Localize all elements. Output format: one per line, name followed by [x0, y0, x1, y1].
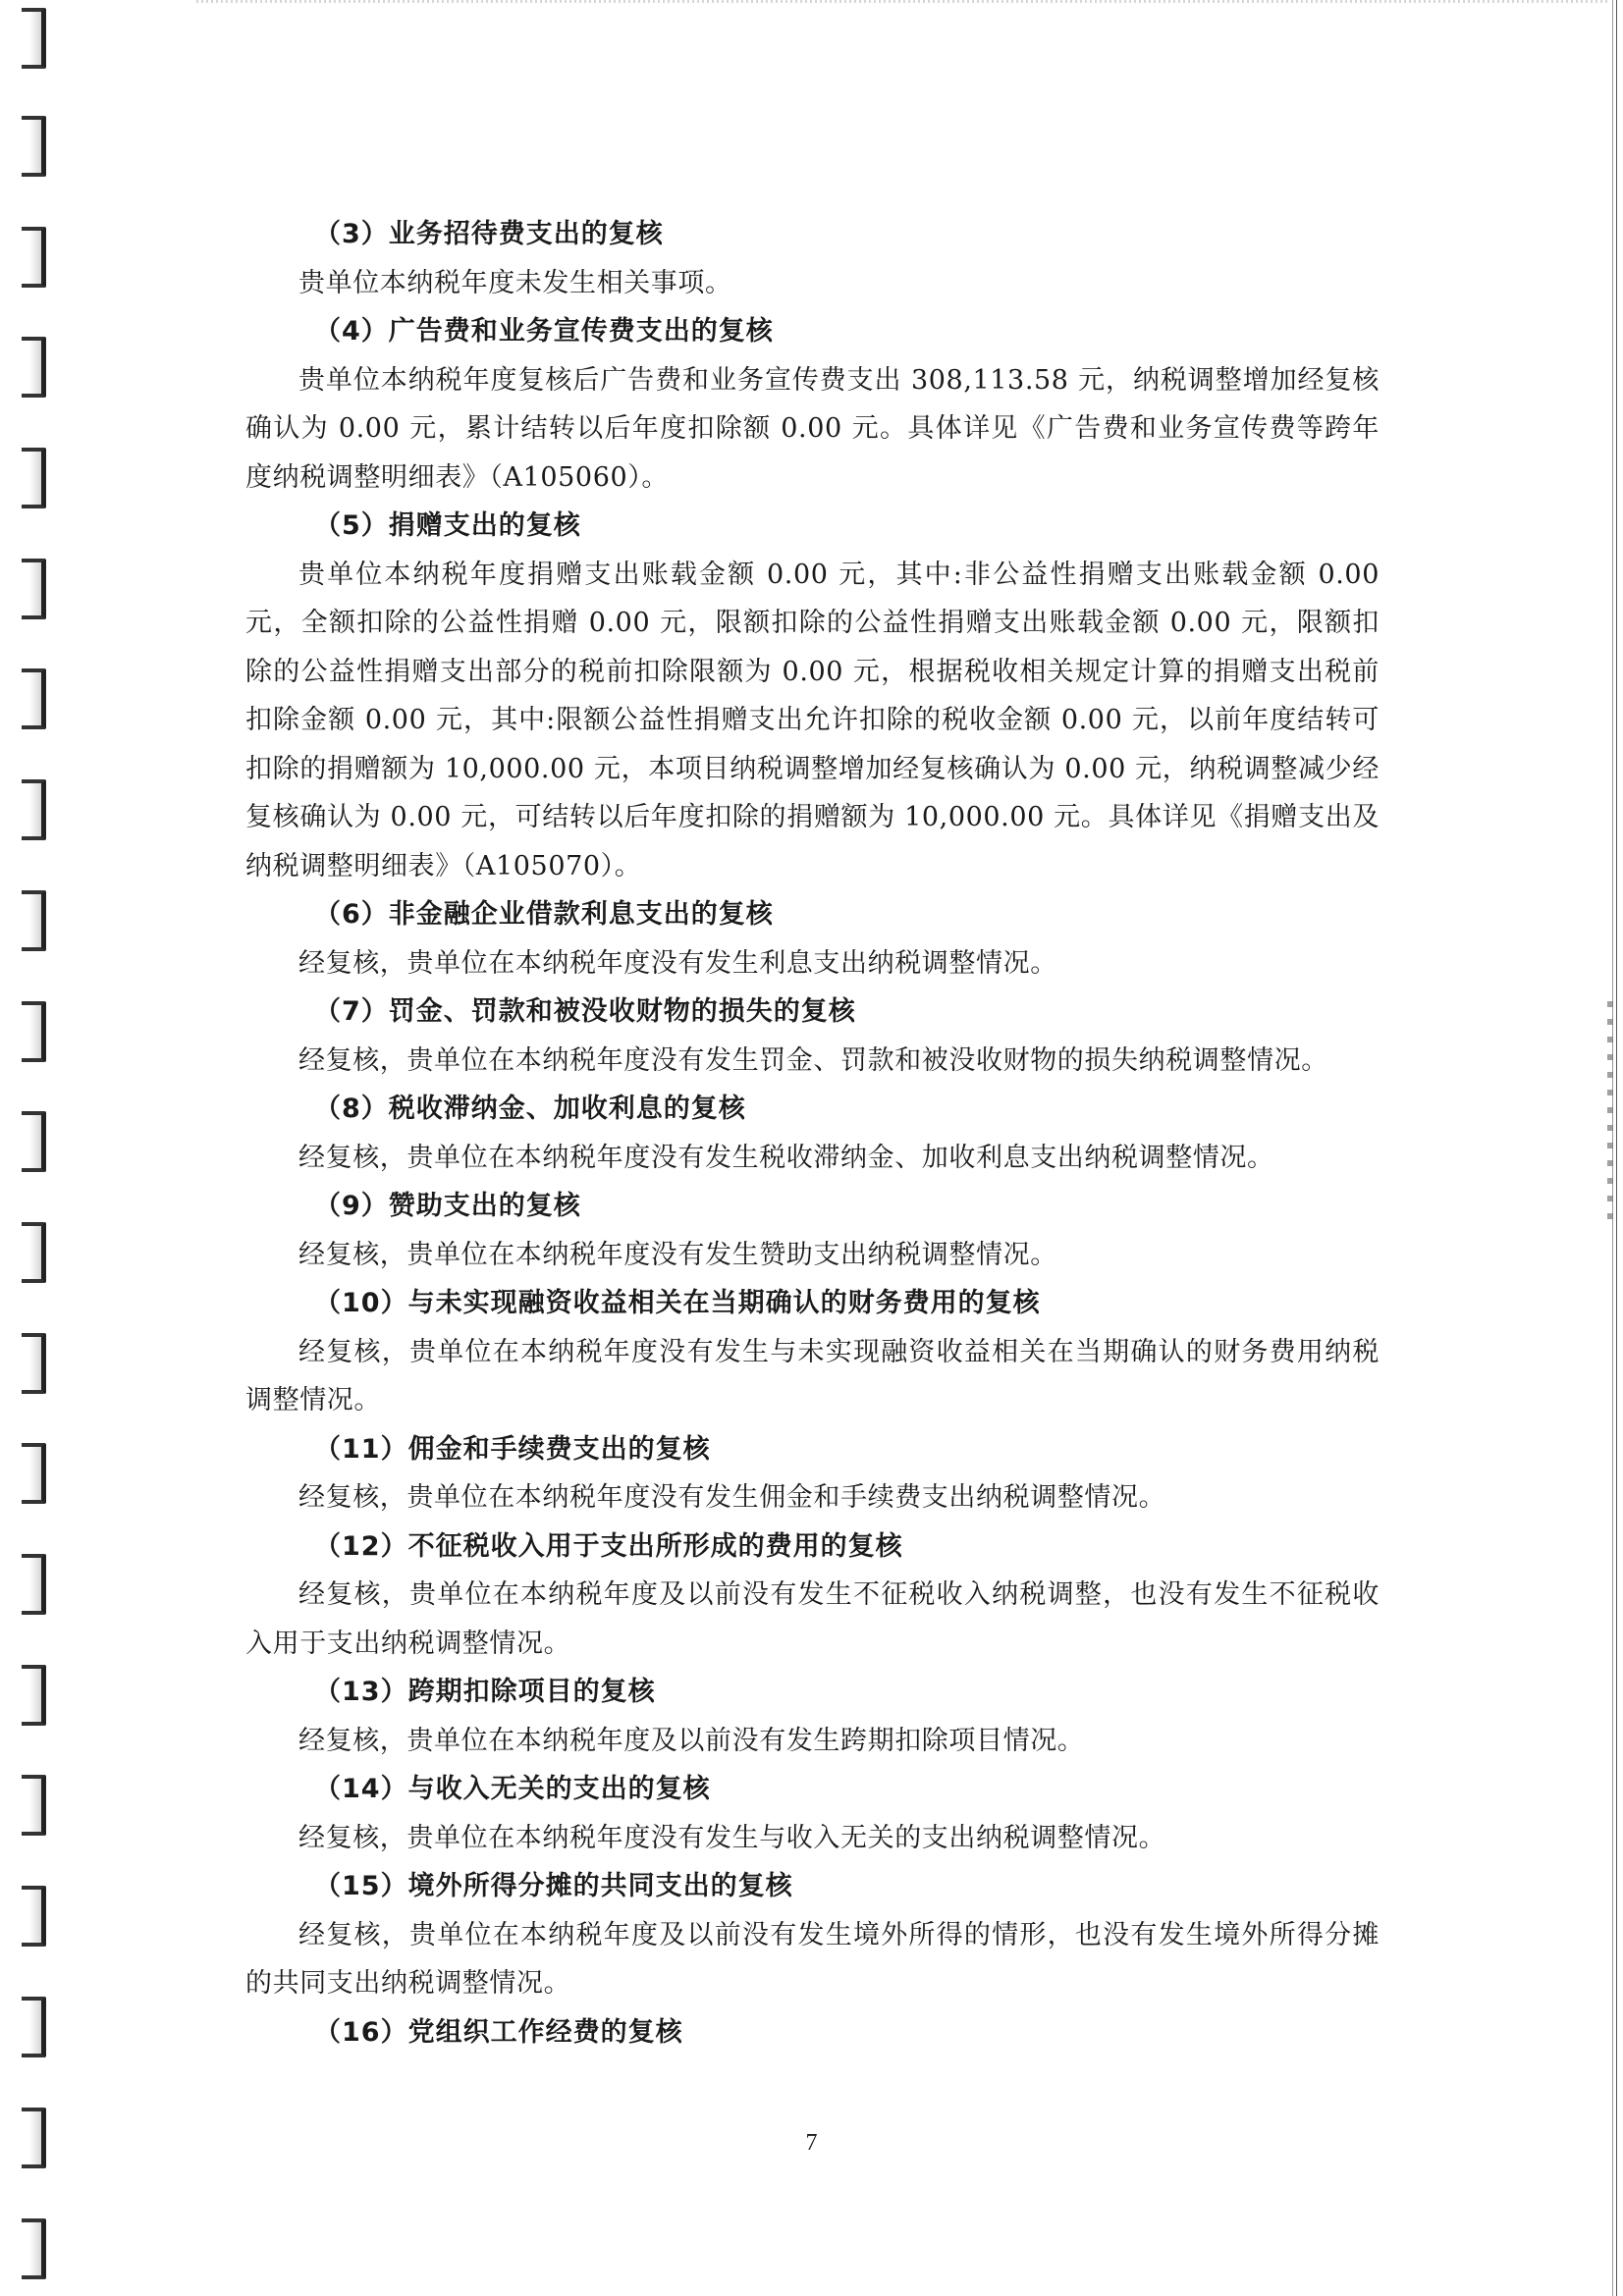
- section-paragraph: 贵单位本纳税年度未发生相关事项。: [245, 259, 1380, 308]
- binding-hole-icon: [22, 1665, 46, 1726]
- section-heading: （9）赞助支出的复核: [245, 1182, 1380, 1231]
- binding-hole-icon: [22, 2218, 46, 2279]
- section-paragraph: 经复核，贵单位在本纳税年度没有发生利息支出纳税调整情况。: [245, 939, 1380, 988]
- binding-hole-icon: [22, 116, 46, 177]
- binding-hole-icon: [22, 559, 46, 619]
- document-page: （3）业务招待费支出的复核 贵单位本纳税年度未发生相关事项。 （4）广告费和业务…: [0, 0, 1623, 2296]
- binding-hole-icon: [22, 1997, 46, 2057]
- section-heading: （13）跨期扣除项目的复核: [245, 1668, 1380, 1717]
- seam-stamp-mark: [1607, 1001, 1613, 1227]
- binding-hole-icon: [22, 1111, 46, 1172]
- binding-hole-icon: [22, 1222, 46, 1283]
- section-heading: （14）与收入无关的支出的复核: [245, 1765, 1380, 1814]
- section-paragraph: 经复核，贵单位在本纳税年度没有发生税收滞纳金、加收利息支出纳税调整情况。: [245, 1134, 1380, 1183]
- section-paragraph: 经复核，贵单位在本纳税年度没有发生赞助支出纳税调整情况。: [245, 1231, 1380, 1280]
- binding-hole-icon: [22, 227, 46, 288]
- binding-hole-icon: [22, 1001, 46, 1062]
- section-paragraph: 经复核，贵单位在本纳税年度没有发生佣金和手续费支出纳税调整情况。: [245, 1473, 1380, 1522]
- binding-hole-icon: [22, 1333, 46, 1394]
- page-number: 7: [0, 2130, 1623, 2157]
- section-heading: （3）业务招待费支出的复核: [245, 210, 1380, 259]
- section-paragraph: 经复核，贵单位在本纳税年度没有发生与未实现融资收益相关在当期确认的财务费用纳税调…: [245, 1328, 1380, 1425]
- section-heading: （7）罚金、罚款和被没收财物的损失的复核: [245, 988, 1380, 1037]
- section-paragraph: 贵单位本纳税年度复核后广告费和业务宣传费支出 308,113.58 元，纳税调整…: [245, 356, 1380, 503]
- section-paragraph: 经复核，贵单位在本纳税年度没有发生与收入无关的支出纳税调整情况。: [245, 1814, 1380, 1863]
- section-paragraph: 经复核，贵单位在本纳税年度及以前没有发生不征税收入纳税调整，也没有发生不征税收入…: [245, 1571, 1380, 1668]
- binding-hole-icon: [22, 337, 46, 398]
- section-heading: （5）捐赠支出的复核: [245, 502, 1380, 551]
- section-heading: （11）佣金和手续费支出的复核: [245, 1425, 1380, 1474]
- document-body: （3）业务招待费支出的复核 贵单位本纳税年度未发生相关事项。 （4）广告费和业务…: [245, 210, 1380, 2056]
- binding-hole-icon: [22, 668, 46, 729]
- binding-hole-icon: [22, 1775, 46, 1836]
- section-heading: （12）不征税收入用于支出所形成的费用的复核: [245, 1522, 1380, 1572]
- binding-hole-icon: [22, 779, 46, 840]
- section-paragraph: 贵单位本纳税年度捐赠支出账载金额 0.00 元，其中:非公益性捐赠支出账载金额 …: [245, 551, 1380, 891]
- binding-hole-icon: [22, 8, 46, 69]
- binding-hole-icon: [22, 1443, 46, 1504]
- scan-top-edge: [196, 0, 1610, 3]
- section-heading: （4）广告费和业务宣传费支出的复核: [245, 307, 1380, 356]
- section-heading: （8）税收滞纳金、加收利息的复核: [245, 1085, 1380, 1134]
- binding-holes: [22, 0, 51, 2296]
- section-heading: （6）非金融企业借款利息支出的复核: [245, 890, 1380, 939]
- section-paragraph: 经复核，贵单位在本纳税年度及以前没有发生境外所得的情形，也没有发生境外所得分摊的…: [245, 1911, 1380, 2008]
- section-paragraph: 经复核，贵单位在本纳税年度及以前没有发生跨期扣除项目情况。: [245, 1717, 1380, 1766]
- binding-hole-icon: [22, 1554, 46, 1615]
- section-heading: （10）与未实现融资收益相关在当期确认的财务费用的复核: [245, 1279, 1380, 1328]
- section-heading: （16）党组织工作经费的复核: [245, 2008, 1380, 2057]
- binding-hole-icon: [22, 890, 46, 951]
- section-heading: （15）境外所得分摊的共同支出的复核: [245, 1862, 1380, 1911]
- binding-hole-icon: [22, 448, 46, 508]
- section-paragraph: 经复核，贵单位在本纳税年度没有发生罚金、罚款和被没收财物的损失纳税调整情况。: [245, 1037, 1380, 1086]
- binding-hole-icon: [22, 1886, 46, 1947]
